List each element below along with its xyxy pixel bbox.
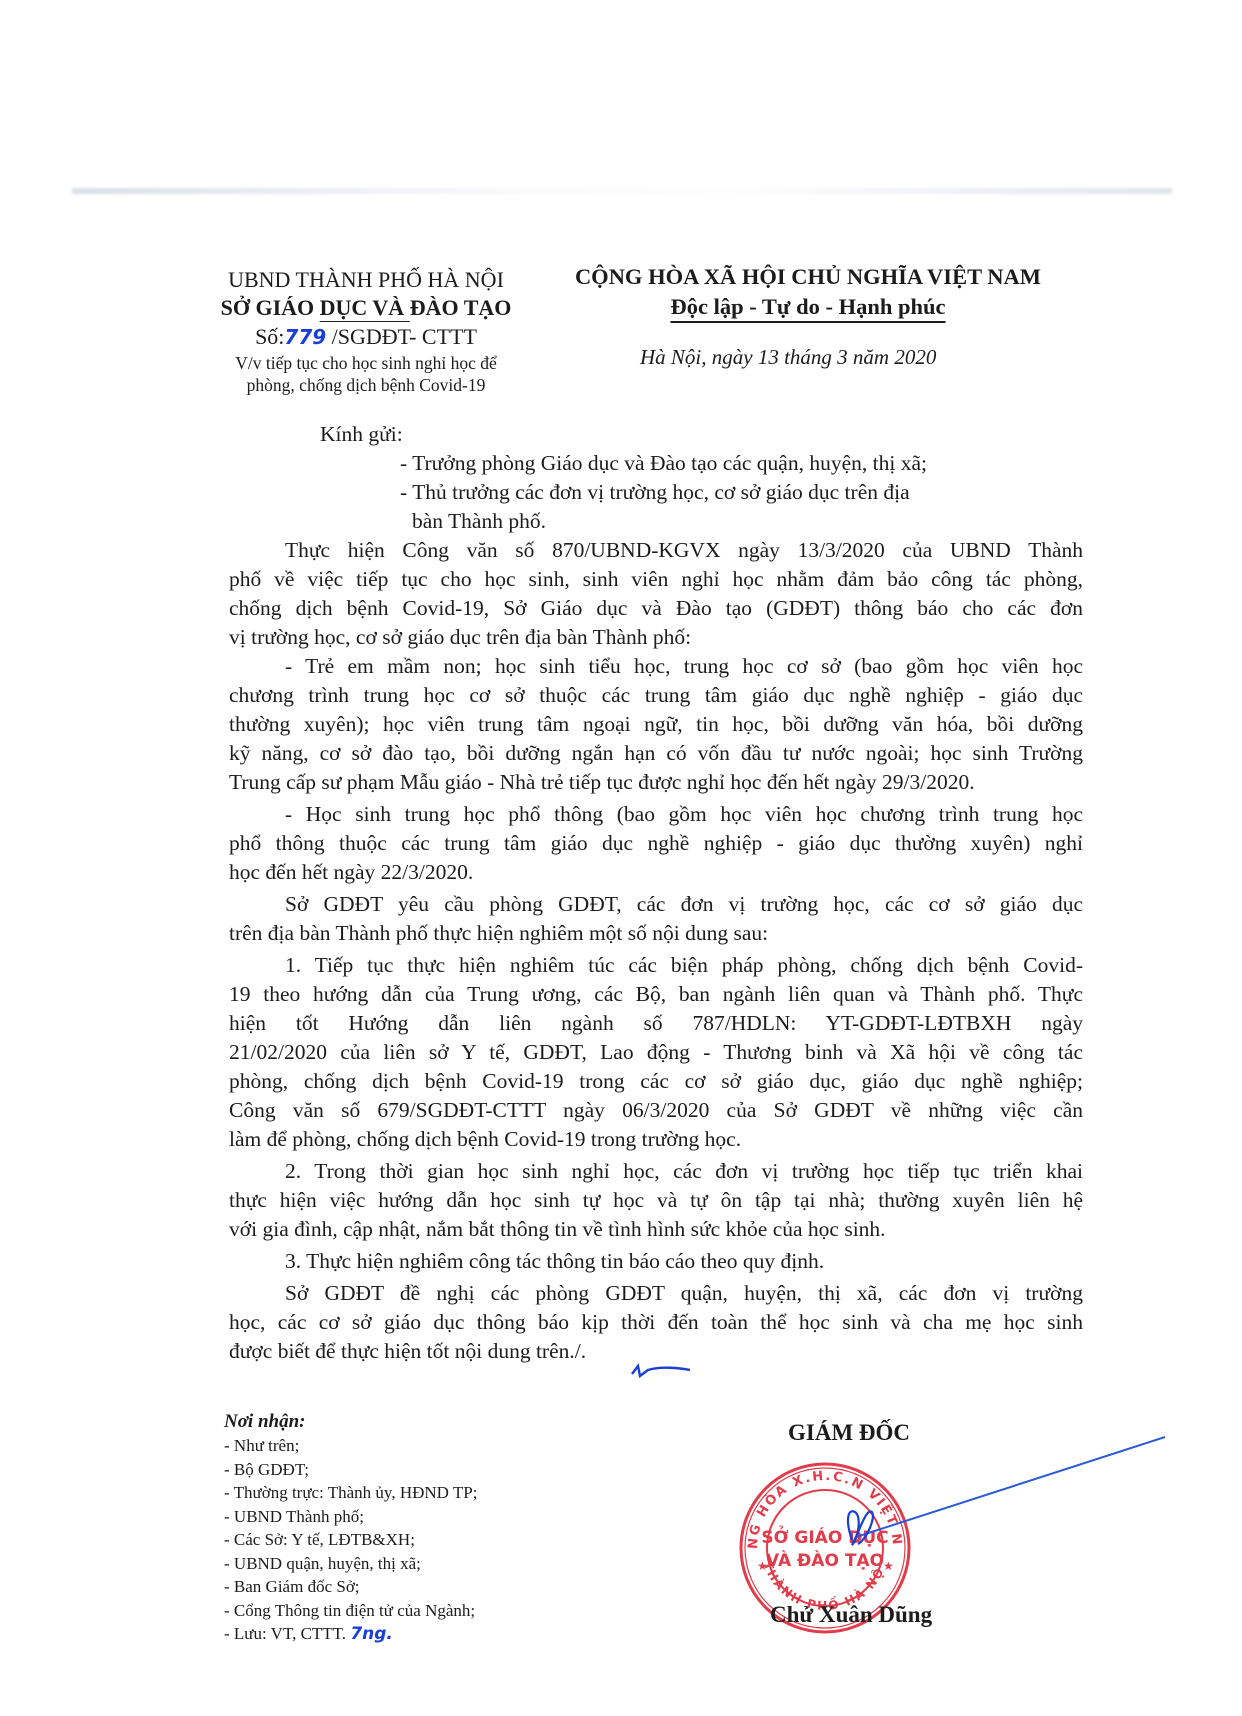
body-line-bullet1: chương trình trung học cơ sở thuộc các t…: [229, 683, 1083, 708]
nation-title: CỘNG HÒA XÃ HỘI CHỦ NGHĨA VIỆT NAM: [548, 262, 1068, 292]
body-line-closing: học, các cơ sở giáo dục thông báo kịp th…: [229, 1310, 1083, 1335]
body-line-item1: làm để phòng, chống dịch bệnh Covid-19 t…: [229, 1127, 1083, 1152]
recipient-item: - Cổng Thông tin điện tử của Ngành;: [224, 1599, 477, 1623]
signer-name: Chử Xuân Dũng: [770, 1602, 932, 1628]
body-line-closing: được biết để thực hiện tốt nội dung trên…: [229, 1339, 1083, 1364]
recipient-item: - Thường trực: Thành ủy, HĐND TP;: [224, 1481, 477, 1505]
body-line-item2: 2. Trong thời gian học sinh nghỉ học, cá…: [285, 1159, 1083, 1184]
signer-title: GIÁM ĐỐC: [788, 1420, 910, 1446]
authority-name: UBND THÀNH PHỐ HÀ NỘI: [196, 266, 536, 294]
body-line-bullet2: học đến hết ngày 22/3/2020.: [229, 860, 1083, 885]
greeting: Kính gửi:: [320, 422, 403, 447]
svg-text:★: ★: [883, 1559, 894, 1573]
recipients-title: Nơi nhận:: [224, 1410, 477, 1434]
handwritten-number: 779: [284, 325, 326, 349]
body-line-item3: 3. Thực hiện nghiêm công tác thông tin b…: [285, 1249, 1083, 1274]
national-header: CỘNG HÒA XÃ HỘI CHỦ NGHĨA VIỆT NAM Độc l…: [548, 262, 1068, 322]
recipient-item: - Như trên;: [224, 1434, 477, 1458]
body-line-intro: vị trường học, cơ sở giáo dục trên địa b…: [229, 625, 1083, 650]
body-line-item1: Công văn số 679/SGDĐT-CTTT ngày 06/3/202…: [229, 1098, 1083, 1123]
recipient-item: - Bộ GDĐT;: [224, 1458, 477, 1482]
recipient-item: - Ban Giám đốc Sở;: [224, 1575, 477, 1599]
addressee-item: bàn Thành phố.: [412, 509, 546, 534]
body-line-item1: 19 theo hướng dẫn của Trung ương, các Bộ…: [229, 982, 1083, 1007]
subject-line: V/v tiếp tục cho học sinh nghỉ học để: [196, 352, 536, 374]
recipient-item: - Các Sở: Y tế, LĐTB&XH;: [224, 1528, 477, 1552]
body-line-request: Sở GDĐT yêu cầu phòng GDĐT, các đơn vị t…: [285, 892, 1083, 917]
svg-text:VÀ ĐÀO TẠO: VÀ ĐÀO TẠO: [766, 1549, 884, 1571]
document-number: Số:779 /SGDĐT- CTTT: [196, 322, 536, 352]
body-line-bullet1: - Trẻ em mầm non; học sinh tiểu học, tru…: [285, 654, 1083, 679]
body-line-request: trên địa bàn Thành phố thực hiện nghiêm …: [229, 921, 1083, 946]
body-line-intro: Thực hiện Công văn số 870/UBND-KGVX ngày…: [285, 538, 1083, 563]
body-line-bullet1: Trung cấp sư phạm Mẫu giáo - Nhà trẻ tiế…: [229, 770, 1083, 795]
recipient-item: - UBND Thành phố;: [224, 1505, 477, 1529]
body-line-item2: với gia đình, cập nhật, nắm bắt thông ti…: [229, 1217, 1083, 1242]
body-line-intro: phố về việc tiếp tục cho học sinh, sinh …: [229, 567, 1083, 592]
body-line-bullet2: - Học sinh trung học phổ thông (bao gồm …: [285, 802, 1083, 827]
recipient-item: - Lưu: VT, CTTT. 7ng.: [224, 1622, 477, 1647]
scan-artifact: [72, 188, 1172, 194]
national-motto: Độc lập - Tự do - Hạnh phúc: [548, 292, 1068, 322]
department-name: SỞ GIÁO DỤC VÀ ĐÀO TẠO: [196, 294, 536, 322]
svg-text:SỞ GIÁO DỤC: SỞ GIÁO DỤC: [761, 1524, 888, 1548]
body-line-item1: hiện tốt Hướng dẫn liên ngành số 787/HDL…: [229, 1011, 1083, 1036]
signature-stroke-icon: [0, 0, 1242, 1716]
body-line-item1: 1. Tiếp tục thực hiện nghiêm túc các biệ…: [285, 953, 1083, 978]
place-date: Hà Nội, ngày 13 tháng 3 năm 2020: [640, 345, 936, 370]
recipient-item: - UBND quận, huyện, thị xã;: [224, 1552, 477, 1576]
body-line-bullet1: thường xuyên); học viên trung tâm ngoại …: [229, 712, 1083, 737]
body-line-closing: Sở GDĐT đề nghị các phòng GDĐT quận, huy…: [285, 1281, 1083, 1306]
body-line-item2: thực hiện việc hướng dẫn học sinh tự học…: [229, 1188, 1083, 1213]
body-line-item1: phòng, chống dịch bệnh Covid-19 trong cá…: [229, 1069, 1083, 1094]
addressee-item: - Trưởng phòng Giáo dục và Đào tạo các q…: [400, 451, 927, 476]
archive-initials: 7ng.: [350, 1624, 393, 1644]
recipients-block: Nơi nhận: - Như trên; - Bộ GDĐT; - Thườn…: [224, 1410, 477, 1647]
body-line-bullet2: phổ thông thuộc các trung tâm giáo dục n…: [229, 831, 1083, 856]
body-line-item1: 21/02/2020 của liên sở Y tế, GDĐT, Lao đ…: [229, 1040, 1083, 1065]
subject-line: phòng, chống dịch bệnh Covid-19: [196, 374, 536, 396]
issuer-block: UBND THÀNH PHỐ HÀ NỘI SỞ GIÁO DỤC VÀ ĐÀO…: [196, 266, 536, 396]
body-line-intro: chống dịch bệnh Covid-19, Sở Giáo dục và…: [229, 596, 1083, 621]
addressee-item: - Thủ trưởng các đơn vị trường học, cơ s…: [400, 480, 910, 505]
body-line-bullet1: kỹ năng, cơ sở đào tạo, bồi dưỡng ngắn h…: [229, 741, 1083, 766]
